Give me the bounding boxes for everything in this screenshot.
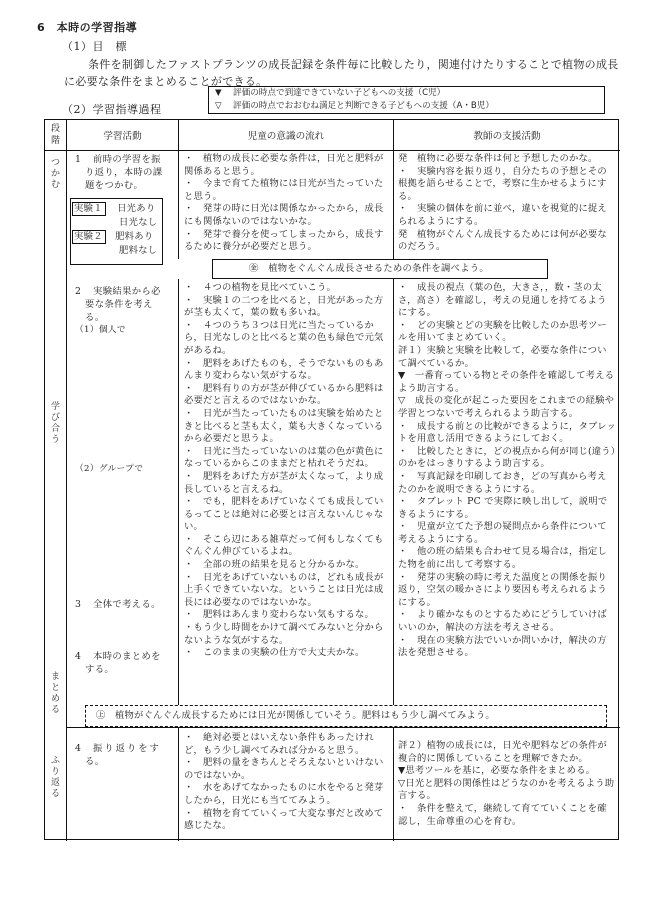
stage-char: う bbox=[45, 435, 66, 446]
activity-text: 題をつかむ。 bbox=[75, 179, 175, 192]
header-stage: 段 階 bbox=[45, 120, 66, 150]
student-thought: ・ 水をあげてなかったものに水をやると発芽したから，日光にも当ててみよう。 bbox=[184, 782, 389, 807]
stage-char: ふ bbox=[45, 756, 66, 767]
student-thought: ・ 日光に当たっていないのは葉の色が黄色になっているからこのままだと枯れそうだね… bbox=[184, 446, 389, 471]
teacher-support-item: ・ 条件を整えて，継続して育てていくことを確認し，生命尊重の心を育む。 bbox=[398, 803, 616, 828]
process-heading: （2）学習指導過程 bbox=[62, 101, 162, 117]
legend-text: 評価の時点でおおむね満足と判断できる子どもへの支援（A・B児） bbox=[233, 101, 494, 111]
stage-char: め bbox=[45, 694, 66, 705]
stage-char: る bbox=[45, 705, 66, 716]
activity-1: 1前時の学習を振 り返り，本時の課 題をつかむ。 bbox=[75, 153, 175, 192]
header-student-flow: 児童の意識の流れ bbox=[179, 120, 393, 150]
divider bbox=[45, 150, 620, 151]
experiment-2-tag: 実験２ bbox=[72, 230, 106, 244]
experiment-condition: 日光あり bbox=[117, 203, 155, 214]
header-teacher-support: 教師の支援活動 bbox=[394, 120, 620, 150]
stage-char: と bbox=[45, 683, 66, 694]
filled-triangle-icon: ▼ bbox=[215, 87, 233, 100]
teacher-support-item: ・ 比較したときに，どの視点から何が同じ(違う）のかをはっきりするよう助言する。 bbox=[398, 446, 616, 471]
support-c-item: ▼ 一番育っている物とその条件を確認して考えるよう助言する。 bbox=[398, 370, 616, 395]
support-ab-item: ▽ 成長の変化が起こった要因をこれまでの経験や学習とつないで考えられるよう助言す… bbox=[398, 395, 616, 420]
experiment-condition: 肥料なし bbox=[119, 244, 157, 257]
stage-summarize: ま と め る bbox=[45, 672, 66, 716]
teacher-support-item: ・ どの実験とどの実験を比較したのか思考ツールを用いてまとめていく。 bbox=[398, 320, 616, 345]
teacher-support-item: ・ 他の班の結果も合わせて見る場合は，指定した物を前に出して考察する。 bbox=[398, 546, 616, 571]
stage-char: 学 bbox=[45, 402, 66, 413]
stage-char: り bbox=[45, 767, 66, 778]
activity-number: 3 bbox=[75, 598, 93, 611]
divider bbox=[66, 120, 67, 841]
teacher-support-item: ・ 児童が立てた予想の疑問点から条件について考えるようにする。 bbox=[398, 521, 616, 546]
activity-number: 4 bbox=[75, 650, 93, 663]
activity-text: 前時の学習を振 bbox=[93, 154, 161, 165]
student-thought: ・もう少し時間をかけて調べてみないと分からないような気がするな。 bbox=[184, 622, 389, 647]
teacher-support-item: ・ 写真記録を印刷しておき，どの写真から考えたのかを説明できるようにする。 bbox=[398, 471, 616, 496]
stage-char: つ bbox=[45, 158, 66, 169]
lesson-process-table: 段 階 学習活動 児童の意識の流れ 教師の支援活動 つ か む 学 び 合 う … bbox=[44, 119, 619, 840]
student-thought: ・ そこら辺にある雑草だって何もしなくてもぐんぐん伸びているよね。 bbox=[184, 534, 389, 559]
stage-char: 返 bbox=[45, 778, 66, 789]
student-thought: ・ 植物の成長に必要な条件は，日光と肥料が関係あると思う。 bbox=[184, 153, 389, 178]
student-thought: ・ 発芽で養分を使ってしまったから，成長するために養分が必要だと思う。 bbox=[184, 229, 389, 254]
student-thought: ・ 実験１の二つを比べると，日光があった方が茎も太くて，葉の数も多いね。 bbox=[184, 295, 389, 320]
activity-5: 4振り返りをす る。 bbox=[75, 742, 175, 768]
outline-triangle-icon: ▽ bbox=[215, 100, 233, 113]
student-thought: ・ このままの実験の仕方で大丈夫かな。 bbox=[184, 647, 389, 660]
student-thought: ・ 全部の班の結果を見ると分かるかな。 bbox=[184, 559, 389, 572]
divider bbox=[178, 279, 179, 705]
teacher-support-item: ・ 実験の個体を前に並べ，違いを視覚的に捉えられるようにする。 bbox=[398, 203, 616, 228]
lesson-task-box: ㊎ 植物をぐんぐん成長させるための条件を調べよう。 bbox=[212, 259, 548, 279]
stage-reflect: ふ り 返 る bbox=[45, 756, 66, 800]
activity-2: 2実験結果から必 要な条件を考え る。 bbox=[75, 285, 175, 324]
teacher-support-item: ・ 現在の実験方法でいいか問いかけ，解決の方法を発想させる。 bbox=[398, 635, 616, 660]
activity-4: 4本時のまとめを する。 bbox=[75, 650, 175, 676]
activity-number: 1 bbox=[75, 153, 93, 166]
stage-char: び bbox=[45, 413, 66, 424]
activity-text: 振り返りをす bbox=[93, 743, 161, 754]
section-title: 6 本時の学習指導 bbox=[37, 19, 137, 35]
stage-learn-together: 学 び 合 う bbox=[45, 402, 66, 446]
legend-item-ab: ▽評価の時点でおおむね満足と判断できる子どもへの支援（A・B児） bbox=[215, 100, 604, 113]
evaluation-item: 評２）植物の成長には，日光や肥料などの条件が複合的に関係していることを理解できた… bbox=[398, 740, 616, 765]
activity-text: 要な条件を考え bbox=[75, 298, 175, 311]
experiment-1: 実験１ 日光あり bbox=[72, 202, 155, 216]
student-thought: ・ 今まで育てた植物には日光が当たっていたと思う。 bbox=[184, 178, 389, 203]
activity-text: 実験結果から必 bbox=[93, 286, 161, 297]
teacher-support-item: ・ 成長する前との比較ができるように，タブレットを用意し活用できるようにしておく… bbox=[398, 421, 616, 446]
teacher-support-item: ・ 発芽の実験の時に考えた温度との関係を振り返り，空気の暖かさにより要因も考えら… bbox=[398, 572, 616, 610]
goal-text: 条件を制御したファストプランツの成長記録を条件毎に比較したり，関連付けたりするこ… bbox=[64, 56, 619, 90]
section-title-text: 本時の学習指導 bbox=[57, 21, 138, 34]
student-thought: ・ 肥料をあげた方が茎が太くなって，より成長していると言えるね。 bbox=[184, 471, 389, 496]
student-thought: ・ 肥料はあんまり変わらない気もするな。 bbox=[184, 609, 389, 622]
stage-char: む bbox=[45, 180, 66, 191]
experiment-box: 実験１ 日光あり 日光なし 実験２ 肥料あり 肥料なし bbox=[70, 198, 163, 265]
teacher-support-reflect: 評２）植物の成長には，日光や肥料などの条件が複合的に関係していることを理解できた… bbox=[398, 740, 616, 828]
legend-text: 評価の時点で到達できていない子どもへの支援（C児） bbox=[233, 88, 445, 98]
stage-char: 合 bbox=[45, 424, 66, 435]
activity-text: する。 bbox=[75, 663, 175, 676]
experiment-2: 実験２ 肥料あり bbox=[72, 230, 153, 244]
student-thought: ・ でも，肥料をあげていなくても成長しているってことは絶対に必要とは言えないんじ… bbox=[184, 496, 389, 534]
divider bbox=[178, 727, 179, 841]
experiment-condition: 日光なし bbox=[119, 216, 157, 229]
teacher-support-item: ・ 実験内容を振り返り，自分たちの予想とその根拠を語らせることで，考察に生かせる… bbox=[398, 166, 616, 204]
teacher-support-item: 発 植物に必要な条件は何と予想したのかな。 bbox=[398, 153, 616, 166]
activity-text: り返り，本時の課 bbox=[75, 166, 175, 179]
support-c-item: ▼思考ツールを基に，必要な条件をまとめる。 bbox=[398, 765, 616, 778]
header-activity: 学習活動 bbox=[67, 120, 178, 150]
stage-char: ま bbox=[45, 672, 66, 683]
student-thought: ・ 日光をあげていないものは，どれも成長が上手くできていないな。ということは日光… bbox=[184, 572, 389, 610]
evaluation-item: 評１）実験と実験を比較して，必要な条件について調べているか。 bbox=[398, 345, 616, 370]
student-flow-learn: ・ ４つの植物を見比べていこう。 ・ 実験１の二つを比べると，日光があった方が茎… bbox=[184, 282, 389, 660]
experiment-1-tag: 実験１ bbox=[72, 202, 106, 216]
header-text: 階 bbox=[51, 135, 60, 147]
header-text: 段 bbox=[51, 123, 60, 135]
student-flow-grasp: ・ 植物の成長に必要な条件は，日光と肥料が関係あると思う。 ・ 今まで育てた植物… bbox=[184, 153, 389, 254]
experiment-condition: 肥料あり bbox=[115, 231, 153, 242]
divider bbox=[393, 279, 394, 705]
teacher-support-item: ・ タブレット PC で実際に映し出して，説明できるようにする。 bbox=[398, 496, 616, 521]
activity-number: 4 bbox=[75, 742, 93, 755]
activity-text: る。 bbox=[75, 755, 175, 768]
student-thought: ・ 発芽の時に日光は関係なかったから，成長にも関係ないのではないかな。 bbox=[184, 203, 389, 228]
activity-text: 本時のまとめを bbox=[93, 651, 161, 662]
lesson-summary-box: ㊤ 植物がぐんぐん成長するためには日光が関係していそう。肥料はもう少し調べてみよ… bbox=[85, 705, 607, 727]
student-flow-reflect: ・ 絶対必要とはいえない条件もあったけれど，もう少し調べてみれば分かると思う。 … bbox=[184, 732, 389, 833]
student-thought: ・ 植物を育てていくって大変な事だと改めて感じたな。 bbox=[184, 808, 389, 833]
section-number: 6 bbox=[37, 21, 45, 34]
teacher-support-grasp: 発 植物に必要な条件は何と予想したのかな。 ・ 実験内容を振り返り，自分たちの予… bbox=[398, 153, 616, 254]
student-thought: ・ ４つの植物を見比べていこう。 bbox=[184, 282, 389, 295]
divider bbox=[393, 727, 394, 841]
stage-char: か bbox=[45, 169, 66, 180]
activity-2-individual: （1）個人で bbox=[75, 324, 126, 337]
stage-grasp: つ か む bbox=[45, 158, 66, 191]
teacher-support-item: ・ 成長の視点（葉の色，大きさ，，数・茎の太さ，高さ）を確認し，考えの見通しを持… bbox=[398, 282, 616, 320]
student-thought: ・ 絶対必要とはいえない条件もあったけれど，もう少し調べてみれば分かると思う。 bbox=[184, 732, 389, 757]
student-thought: ・ ４つのうち３つは日光に当たっているから，日光なしのと比べると葉の色も緑色で元… bbox=[184, 320, 389, 358]
stage-char: る bbox=[45, 789, 66, 800]
goal-heading: （1）目 標 bbox=[62, 38, 127, 54]
student-thought: ・ 肥料の量をきちんとそろえないといけないのではないか。 bbox=[184, 757, 389, 782]
student-thought: ・ 肥料をあげたものも，そうでないものもあんまり変わらない気がするな。 bbox=[184, 358, 389, 383]
divider bbox=[66, 727, 620, 728]
legend-item-c: ▼評価の時点で到達できていない子どもへの支援（C児） bbox=[215, 87, 604, 100]
activity-text: 全体で考える。 bbox=[93, 599, 161, 610]
teacher-support-item: ・ より確かなものとするためにどうしていけばいいのか，解決の方法を考えさせる。 bbox=[398, 609, 616, 634]
activity-number: 2 bbox=[75, 285, 93, 298]
teacher-support-item: 発 植物がぐんぐん成長するためには何が必要なのだろう。 bbox=[398, 229, 616, 254]
activity-2-group: （2）グループで bbox=[75, 463, 143, 476]
student-thought: ・ 肥料有りの方が茎が伸びているから肥料は必要だと言えるのではないかな。 bbox=[184, 383, 389, 408]
activity-text: る。 bbox=[75, 311, 175, 324]
activity-3: 3全体で考える。 bbox=[75, 598, 161, 611]
teacher-support-learn: ・ 成長の視点（葉の色，大きさ，，数・茎の太さ，高さ）を確認し，考えの見通しを持… bbox=[398, 282, 616, 660]
student-thought: ・ 日光が当たっていたものは実験を始めたときと比べると茎も太く，葉も大きくなって… bbox=[184, 408, 389, 446]
support-ab-item: ▽日光と肥料の関係性はどうなのかを考えるよう助言する。 bbox=[398, 778, 616, 803]
support-legend: ▼評価の時点で到達できていない子どもへの支援（C児） ▽評価の時点でおおむね満足… bbox=[208, 86, 605, 114]
